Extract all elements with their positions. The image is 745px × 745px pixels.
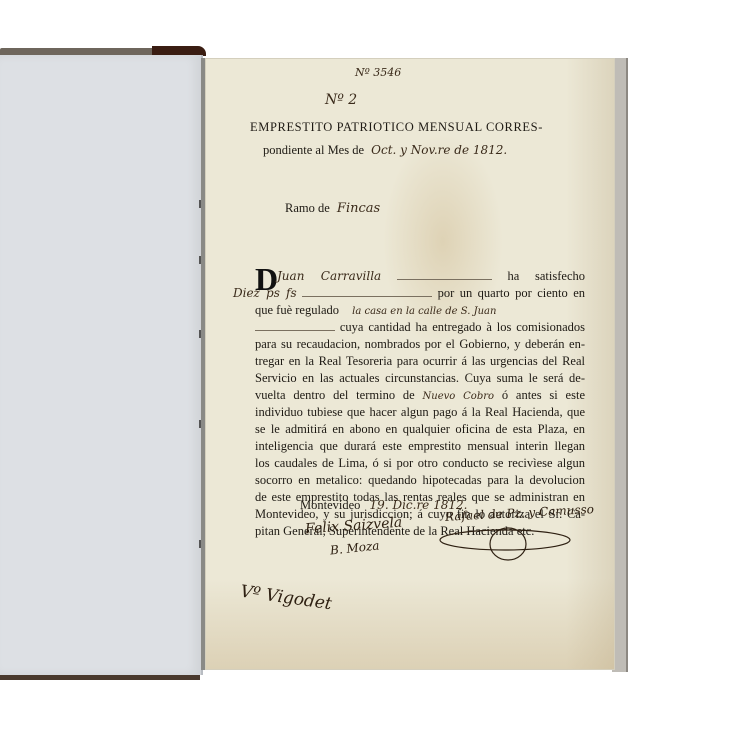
blank-line [302,296,432,297]
body-line: Juan Carravilla ha satisfecho [255,268,585,285]
document-title-continued: pondiente al Mes de Oct. y Nov.re de 181… [263,143,507,158]
body-line: vuelta dentro del termino de Nuevo Cobro… [255,387,585,404]
regulado-handwritten: la casa en la calle de S. Juan [352,306,496,317]
text-fragment: que fuè regulado [255,303,339,317]
signature: Vº Vigodet [239,582,333,615]
ramo-label: Ramo de [285,201,330,215]
body-line: los caudales de Lima, ó si por otro cond… [255,455,585,472]
body-line: tregar en la Real Tesoreria para ocurrir… [255,353,585,370]
text-fragment: ha satisfecho [508,269,585,283]
text-fragment: por un quarto por ciento en [438,286,585,300]
signature-flourish-icon [430,520,580,565]
text-fragment: cuya cantidad ha entregado à los comisio… [340,320,585,334]
body-line: individuo tubiese que hacer algun pago á… [255,404,585,421]
place-label: Montevideo [300,498,360,512]
date-line: Montevideo 19. Dic.re 1812. [300,498,467,513]
document-title: EMPRESTITO PATRIOTICO MENSUAL CORRES- [250,120,543,135]
annotation-number: Nº 3546 [355,66,401,79]
body-line: cuya cantidad ha entregado à los comisio… [255,319,585,336]
name-handwritten: Juan Carravilla [277,269,381,283]
blank-line [397,279,492,280]
month-label: pondiente al Mes de [263,143,364,157]
ramo-field: Ramo de Fincas [285,201,380,216]
blank-left-page [0,55,203,675]
body-line: socorro en metalico: quedando hipotecada… [255,472,585,489]
amount-handwritten: Diez ps fs [233,286,297,300]
month-handwritten: Oct. y Nov.re de 1812. [371,143,507,157]
signature: B. Moza [329,538,380,557]
body-line: inteligencia que durará este emprestito … [255,438,585,455]
text-fragment: vuelta dentro del termino de [255,388,415,402]
annotation-mark: Nº 2 [325,92,357,108]
body-line: se le admitirá en abono en qualquier ofi… [255,421,585,438]
blank-line [255,330,335,331]
ramo-handwritten: Fincas [337,201,380,216]
body-line: Servicio en las actuales circunstancias.… [255,370,585,387]
text-fragment: ó antes si este [502,388,585,402]
document-page: Nº 3546 Nº 2 EMPRESTITO PATRIOTICO MENSU… [205,58,615,670]
body-line: que fuè regulado la casa en la calle de … [255,302,585,319]
body-line: Diez ps fs por un quarto por ciento en [233,285,585,302]
termino-handwritten: Nuevo Cobro [423,391,495,402]
body-line: para su recaudacion, nombrados por el Go… [255,336,585,353]
